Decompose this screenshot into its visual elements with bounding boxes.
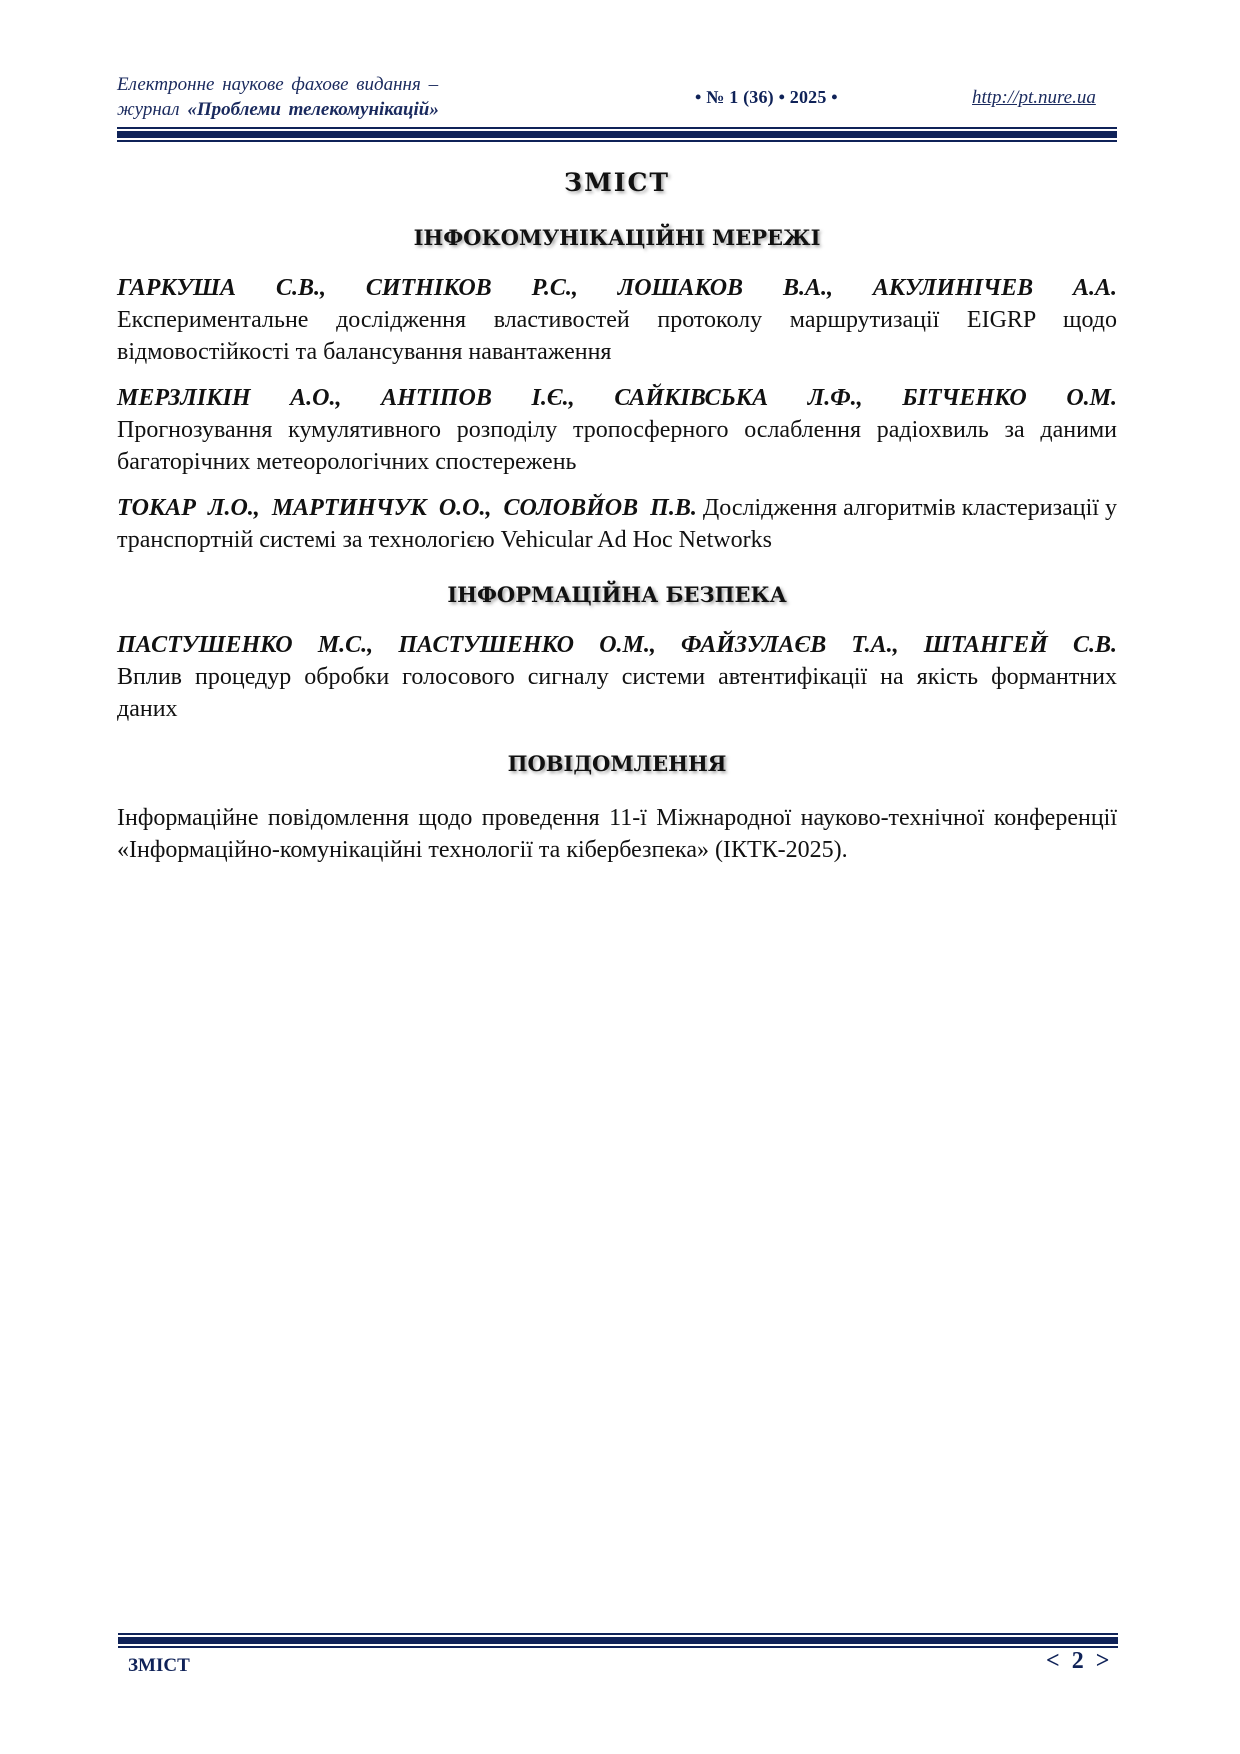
- rule-thin-line: [117, 127, 1117, 129]
- journal-line-1: Електронне наукове фахове видання –: [117, 72, 439, 97]
- rule-thick-line: [117, 131, 1117, 138]
- journal-url-link[interactable]: http://pt.nure.ua: [972, 87, 1096, 109]
- journal-prefix: журнал: [117, 99, 187, 120]
- page-navigation: < 2 >: [1046, 1648, 1109, 1675]
- section-heading-announcements: ПОВІДОМЛЕННЯ: [117, 751, 1117, 776]
- issue-number: • № 1 (36) • 2025 •: [695, 87, 838, 108]
- rule-thick-line: [118, 1637, 1118, 1644]
- journal-page: Електронне наукове фахове видання – журн…: [0, 0, 1240, 1754]
- entry-title: Експериментальне дослідження властивосте…: [117, 307, 1117, 365]
- journal-line-2: журнал «Проблеми телекомунікацій»: [117, 97, 439, 122]
- entry-title: Прогнозування кумулятивного розподілу тр…: [117, 417, 1117, 475]
- footer-section-label: ЗМІСТ: [128, 1655, 190, 1677]
- section-heading-information-security: ІНФОРМАЦІЙНА БЕЗПЕКА: [117, 582, 1117, 607]
- prev-page-button[interactable]: <: [1046, 1648, 1060, 1674]
- toc-entry-announcement[interactable]: Інформаційне повідомлення щодо проведенн…: [117, 802, 1117, 866]
- journal-label: Електронне наукове фахове видання – журн…: [117, 72, 439, 122]
- entry-authors: МЕРЗЛІКІН А.О., АНТІПОВ І.Є., САЙКІВСЬКА…: [117, 382, 1117, 414]
- footer-rule: [118, 1633, 1118, 1648]
- header-rule: [117, 127, 1117, 142]
- toc-entry[interactable]: МЕРЗЛІКІН А.О., АНТІПОВ І.Є., САЙКІВСЬКА…: [117, 382, 1117, 478]
- entry-authors: ПАСТУШЕНКО М.С., ПАСТУШЕНКО О.М., ФАЙЗУЛ…: [117, 629, 1117, 661]
- toc-entry[interactable]: ПАСТУШЕНКО М.С., ПАСТУШЕНКО О.М., ФАЙЗУЛ…: [117, 629, 1117, 725]
- journal-name: «Проблеми телекомунікацій»: [187, 99, 439, 120]
- rule-thin-line: [118, 1646, 1118, 1648]
- rule-thin-line: [117, 140, 1117, 142]
- entry-authors: ГАРКУША С.В., СИТНІКОВ Р.С., ЛОШАКОВ В.А…: [117, 272, 1117, 304]
- entry-authors: ТОКАР Л.О., МАРТИНЧУК О.О., СОЛОВЙОВ П.В…: [117, 495, 697, 521]
- page-number: 2: [1072, 1648, 1084, 1674]
- section-heading-infocommunication-networks: ІНФОКОМУНІКАЦІЙНІ МЕРЕЖІ: [117, 225, 1117, 250]
- next-page-button[interactable]: >: [1096, 1648, 1110, 1674]
- toc-entry[interactable]: ГАРКУША С.В., СИТНІКОВ Р.С., ЛОШАКОВ В.А…: [117, 272, 1117, 368]
- entry-title: Вплив процедур обробки голосового сигнал…: [117, 664, 1117, 722]
- page-title: ЗМІСТ: [117, 168, 1117, 197]
- rule-thin-line: [118, 1633, 1118, 1635]
- toc-entry[interactable]: ТОКАР Л.О., МАРТИНЧУК О.О., СОЛОВЙОВ П.В…: [117, 492, 1117, 556]
- table-of-contents: ЗМІСТ ІНФОКОМУНІКАЦІЙНІ МЕРЕЖІ ГАРКУША С…: [117, 160, 1117, 866]
